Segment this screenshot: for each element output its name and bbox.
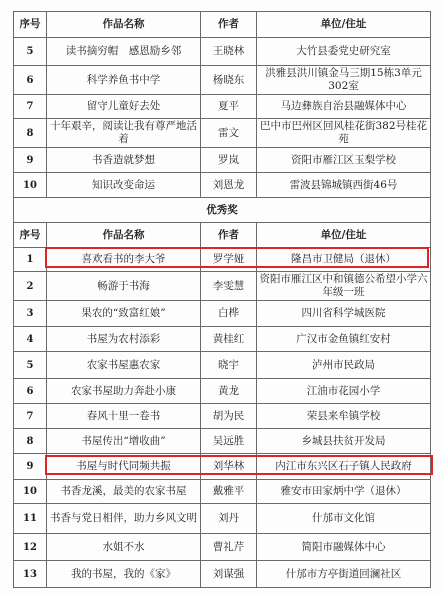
- table-row: 8 十年艰辛，阅读让我有尊严地活着 雷文 巴中市巴州区回风桂花街382号桂花苑: [14, 119, 431, 148]
- table-row: 2 畅游于书海 李雯慧 资阳市雁江区中和镇德公希望小学六年级一班: [14, 272, 431, 301]
- cell-author: 夏平: [201, 95, 257, 119]
- cell-seq: 9: [14, 454, 47, 480]
- cell-author: 雷文: [201, 119, 257, 148]
- table-row: 11 书香与党日相伴，助力乡风文明 刘丹 什邡市文化馆: [14, 504, 431, 534]
- table-header-row: 序号 作品名称 作者 单位/住址: [14, 223, 431, 248]
- table-row: 10 知识改变命运 刘恩龙 雷波县锦城镇西街46号: [14, 173, 431, 198]
- cell-title: 畅游于书海: [47, 272, 201, 301]
- cell-unit: 广汉市金鱼镇红安村: [257, 327, 431, 352]
- cell-author: 曹礼芹: [201, 534, 257, 561]
- cell-seq: 4: [14, 327, 47, 352]
- cell-title: 十年艰辛，阅读让我有尊严地活着: [47, 119, 201, 148]
- cell-unit: 什邡市文化馆: [257, 504, 431, 534]
- cell-author: 王晓林: [201, 38, 257, 66]
- table-row: 13 我的书屋，我的《家》 刘谋强 什邡市方亭街道回澜社区: [14, 561, 431, 588]
- cell-title: 水姐不水: [47, 534, 201, 561]
- cell-seq: 13: [14, 561, 47, 588]
- cell-unit: 江油市花园小学: [257, 379, 431, 404]
- table-row: 3 果农的“致富红娘” 白桦 四川省科学城医院: [14, 301, 431, 327]
- cell-seq: 5: [14, 38, 47, 66]
- cell-seq: 7: [14, 95, 47, 119]
- cell-author: 罗学娅: [201, 248, 257, 272]
- cell-author: 白桦: [201, 301, 257, 327]
- cell-title: 书香龙溪，最美的农家书屋: [47, 480, 201, 504]
- cell-author: 刘谋强: [201, 561, 257, 588]
- cell-unit: 什邡市方亭街道回澜社区: [257, 561, 431, 588]
- cell-unit: 资阳市雁江区玉梨学校: [257, 148, 431, 173]
- cell-unit: 雷波县锦城镇西街46号: [257, 173, 431, 198]
- cell-title: 科学养鱼书中学: [47, 66, 201, 95]
- cell-unit: 荣县来牟镇学校: [257, 404, 431, 429]
- cell-seq: 12: [14, 534, 47, 561]
- cell-title: 农家书屋惠农家: [47, 352, 201, 379]
- table-header-row: 序号 作品名称 作者 单位/住址: [14, 12, 431, 38]
- cell-unit: 马边彝族自治县融媒体中心: [257, 95, 431, 119]
- table-row: 9 书屋与时代同频共振 刘华林 内江市东兴区石子镇人民政府: [14, 454, 431, 480]
- cell-title: 春风十里一卷书: [47, 404, 201, 429]
- cell-author: 罗岚: [201, 148, 257, 173]
- cell-title: 知识改变命运: [47, 173, 201, 198]
- cell-unit: 雅安市田家炳中学（退休）: [257, 480, 431, 504]
- cell-author: 胡为民: [201, 404, 257, 429]
- table-row: 12 水姐不水 曹礼芹 简阳市融媒体中心: [14, 534, 431, 561]
- header-seq: 序号: [14, 12, 47, 38]
- cell-seq: 6: [14, 379, 47, 404]
- table-row: 5 农家书屋惠农家 晓宇 泸州市民政局: [14, 352, 431, 379]
- cell-seq: 2: [14, 272, 47, 301]
- cell-seq: 10: [14, 173, 47, 198]
- header-author: 作者: [201, 12, 257, 38]
- cell-unit: 隆昌市卫健局（退休）: [257, 248, 431, 272]
- cell-title: 读书摘穷帽 感恩励乡邻: [47, 38, 201, 66]
- header-unit: 单位/住址: [257, 223, 431, 248]
- cell-seq: 10: [14, 480, 47, 504]
- cell-seq: 7: [14, 404, 47, 429]
- cell-author: 刘丹: [201, 504, 257, 534]
- cell-title: 书香造就梦想: [47, 148, 201, 173]
- cell-title: 书屋与时代同频共振: [47, 454, 201, 480]
- cell-author: 黄龙: [201, 379, 257, 404]
- cell-author: 李雯慧: [201, 272, 257, 301]
- table-row: 5 读书摘穷帽 感恩励乡邻 王晓林 大竹县委党史研究室: [14, 38, 431, 66]
- cell-author: 刘恩龙: [201, 173, 257, 198]
- cell-title: 果农的“致富红娘”: [47, 301, 201, 327]
- cell-unit: 资阳市雁江区中和镇德公希望小学六年级一班: [257, 272, 431, 301]
- cell-author: 晓宇: [201, 352, 257, 379]
- cell-author: 黄桂红: [201, 327, 257, 352]
- cell-seq: 3: [14, 301, 47, 327]
- cell-title: 书香与党日相伴，助力乡风文明: [47, 504, 201, 534]
- table-row: 1 喜欢看书的李大爷 罗学娅 隆昌市卫健局（退休）: [14, 248, 431, 272]
- cell-seq: 11: [14, 504, 47, 534]
- section-title-row: 优秀奖: [14, 198, 431, 223]
- table-row: 10 书香龙溪，最美的农家书屋 戴雅平 雅安市田家炳中学（退休）: [14, 480, 431, 504]
- table-row: 9 书香造就梦想 罗岚 资阳市雁江区玉梨学校: [14, 148, 431, 173]
- cell-seq: 9: [14, 148, 47, 173]
- cell-title: 书屋为农村添彩: [47, 327, 201, 352]
- cell-author: 杨晓东: [201, 66, 257, 95]
- header-author: 作者: [201, 223, 257, 248]
- cell-author: 戴雅平: [201, 480, 257, 504]
- table-row: 6 科学养鱼书中学 杨晓东 洪雅县洪川镇金马三期15栋3单元302室: [14, 66, 431, 95]
- header-title: 作品名称: [47, 223, 201, 248]
- cell-title: 喜欢看书的李大爷: [47, 248, 201, 272]
- cell-unit: 简阳市融媒体中心: [257, 534, 431, 561]
- table-row: 4 书屋为农村添彩 黄桂红 广汉市金鱼镇红安村: [14, 327, 431, 352]
- cell-title: 书屋传出“增收曲”: [47, 429, 201, 454]
- cell-seq: 6: [14, 66, 47, 95]
- cell-seq: 5: [14, 352, 47, 379]
- cell-unit: 洪雅县洪川镇金马三期15栋3单元302室: [257, 66, 431, 95]
- table-row: 7 留守儿童好去处 夏平 马边彝族自治县融媒体中心: [14, 95, 431, 119]
- header-unit: 单位/住址: [257, 12, 431, 38]
- cell-unit: 乡城县扶贫开发局: [257, 429, 431, 454]
- cell-unit: 巴中市巴州区回风桂花街382号桂花苑: [257, 119, 431, 148]
- cell-seq: 8: [14, 429, 47, 454]
- section-title: 优秀奖: [14, 198, 431, 223]
- cell-title: 留守儿童好去处: [47, 95, 201, 119]
- cell-title: 我的书屋，我的《家》: [47, 561, 201, 588]
- cell-seq: 1: [14, 248, 47, 272]
- cell-title: 农家书屋助力奔赴小康: [47, 379, 201, 404]
- cell-unit: 大竹县委党史研究室: [257, 38, 431, 66]
- cell-seq: 8: [14, 119, 47, 148]
- awards-table: 序号 作品名称 作者 单位/住址 5 读书摘穷帽 感恩励乡邻 王晓林 大竹县委党…: [13, 11, 431, 588]
- cell-author: 刘华林: [201, 454, 257, 480]
- table-row: 8 书屋传出“增收曲” 吴远胜 乡城县扶贫开发局: [14, 429, 431, 454]
- cell-author: 吴远胜: [201, 429, 257, 454]
- header-seq: 序号: [14, 223, 47, 248]
- header-title: 作品名称: [47, 12, 201, 38]
- cell-unit: 内江市东兴区石子镇人民政府: [257, 454, 431, 480]
- table-row: 7 春风十里一卷书 胡为民 荣县来牟镇学校: [14, 404, 431, 429]
- cell-unit: 泸州市民政局: [257, 352, 431, 379]
- table-row: 6 农家书屋助力奔赴小康 黄龙 江油市花园小学: [14, 379, 431, 404]
- cell-unit: 四川省科学城医院: [257, 301, 431, 327]
